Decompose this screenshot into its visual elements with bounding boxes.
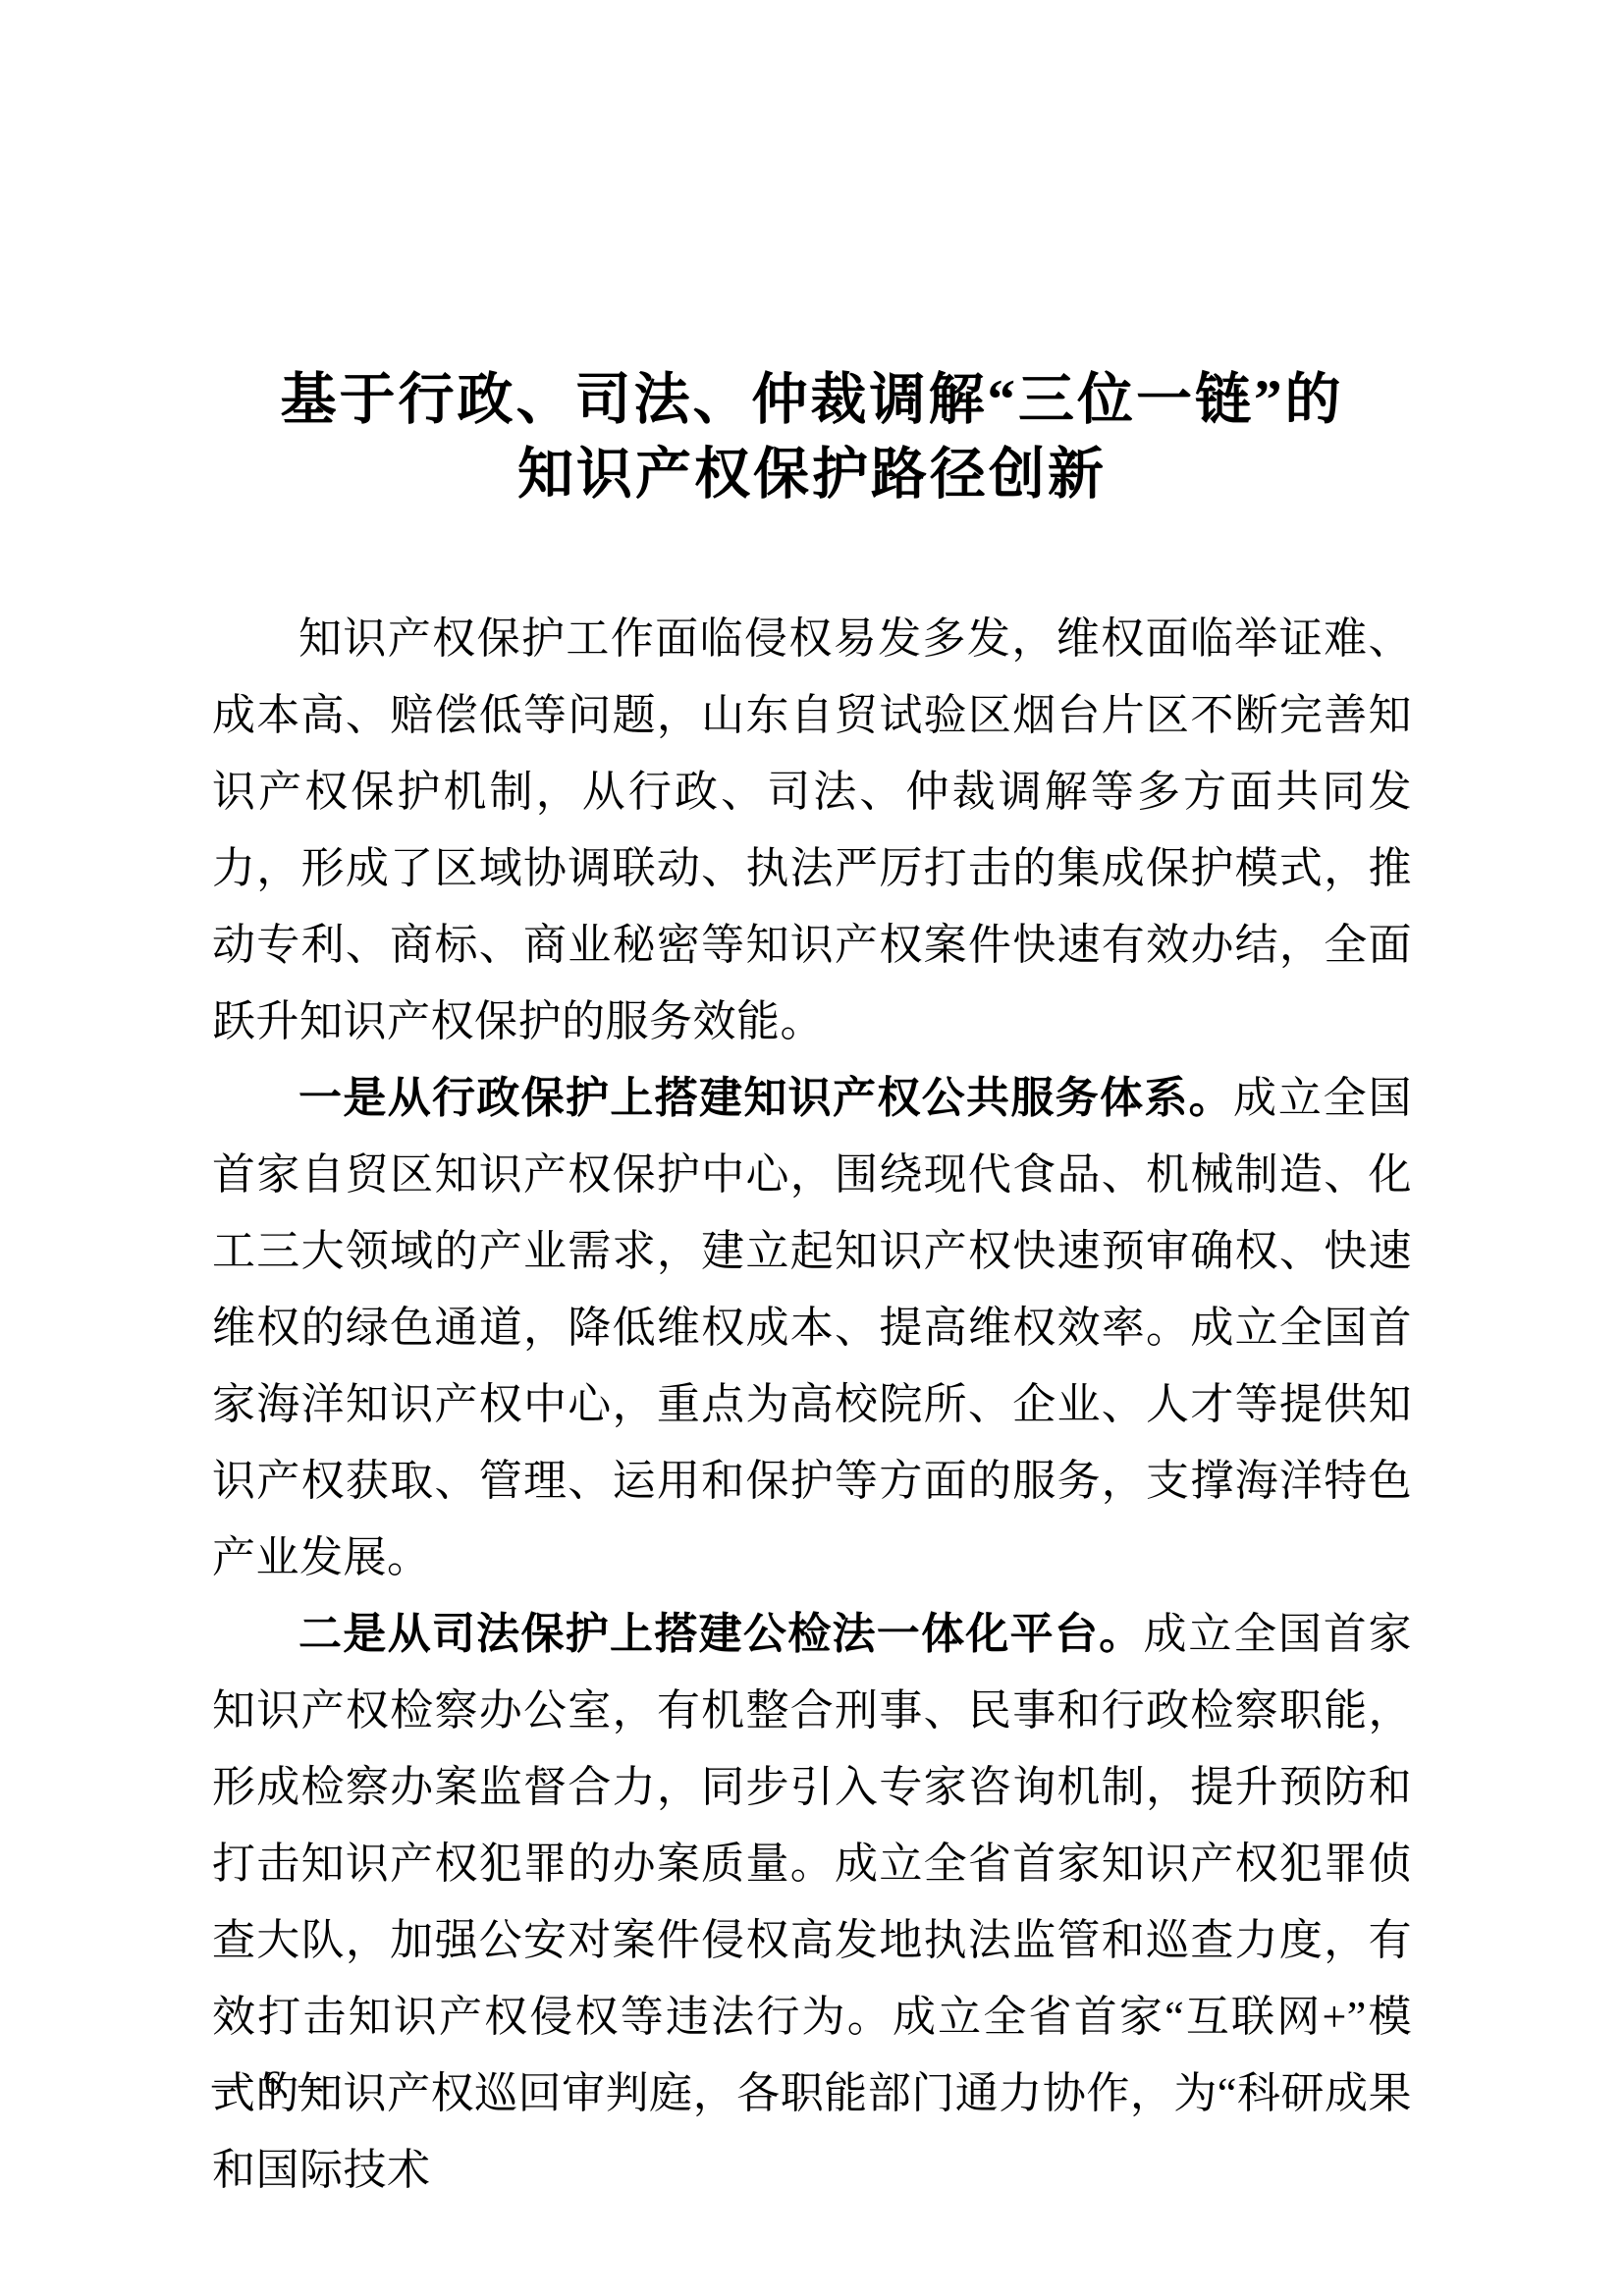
paragraph-3: 二是从司法保护上搭建公检法一体化平台。成立全国首家知识产权检察办公室，有机整合刑… [212,1596,1412,2209]
document-page: 基于行政、司法、仲裁调解“三位一链”的 知识产权保护路径创新 知识产权保护工作面… [0,0,1624,2296]
paragraph-2-text: 成立全国首家自贸区知识产权保护中心，围绕现代食品、机械制造、化工三大领域的产业需… [212,1074,1412,1581]
page-number: — 6 — [212,2059,338,2107]
paragraph-3-text: 成立全国首家知识产权检察办公室，有机整合刑事、民事和行政检察职能，形成检察办案监… [212,1610,1412,2194]
document-title: 基于行政、司法、仲裁调解“三位一链”的 知识产权保护路径创新 [212,363,1412,512]
document-title-line-1: 基于行政、司法、仲裁调解“三位一链”的 [212,363,1412,438]
paragraph-1-text: 知识产权保护工作面临侵权易发多发，维权面临举证难、成本高、赔偿低等问题，山东自贸… [212,614,1412,1045]
paragraph-2: 一是从行政保护上搭建知识产权公共服务体系。成立全国首家自贸区知识产权保护中心，围… [212,1060,1412,1596]
document-title-line-2: 知识产权保护路径创新 [212,438,1412,512]
paragraph-1: 知识产权保护工作面临侵权易发多发，维权面临举证难、成本高、赔偿低等问题，山东自贸… [212,601,1412,1060]
paragraph-3-lead: 二是从司法保护上搭建公检法一体化平台。 [298,1610,1144,1658]
document-body: 知识产权保护工作面临侵权易发多发，维权面临举证难、成本高、赔偿低等问题，山东自贸… [212,601,1412,2209]
paragraph-2-lead: 一是从行政保护上搭建知识产权公共服务体系。 [298,1074,1233,1122]
